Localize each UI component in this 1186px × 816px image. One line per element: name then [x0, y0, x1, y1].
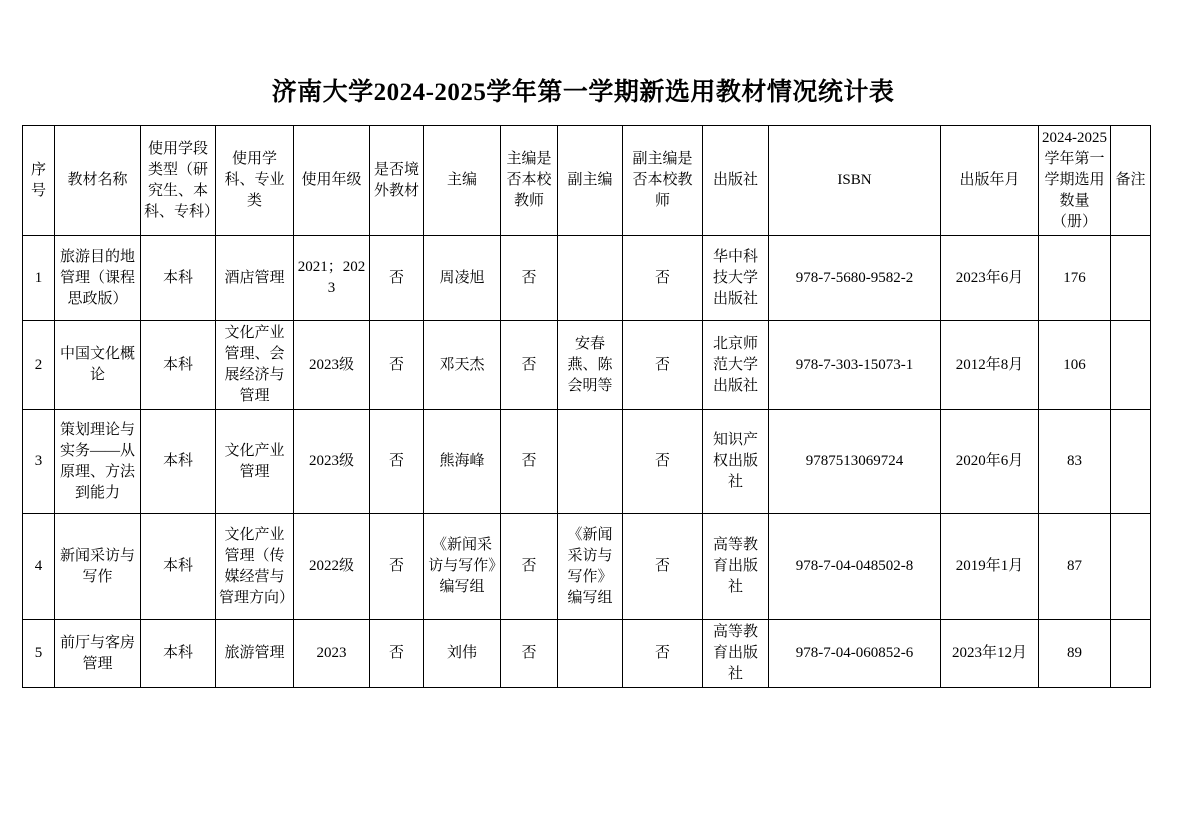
table-cell: 否: [501, 514, 558, 620]
table-cell: [558, 620, 623, 688]
table-cell: 4: [23, 514, 55, 620]
table-cell: 2023年12月: [941, 620, 1039, 688]
table-cell: 106: [1039, 321, 1111, 410]
table-cell: 否: [370, 321, 424, 410]
table-cell: 本科: [141, 410, 216, 514]
table-cell: 否: [501, 620, 558, 688]
table-cell: 《新闻采访与写作》编写组: [558, 514, 623, 620]
table-cell: [558, 410, 623, 514]
col-subject-major: 使用学科、专业类: [216, 126, 294, 236]
table-cell: 2023年6月: [941, 236, 1039, 321]
textbook-statistics-table: 序号 教材名称 使用学段类型（研究生、本科、专科） 使用学科、专业类 使用年级 …: [22, 125, 1151, 688]
table-cell: [1111, 514, 1151, 620]
col-quantity: 2024-2025学年第一学期选用数量（册）: [1039, 126, 1111, 236]
table-cell: 978-7-5680-9582-2: [769, 236, 941, 321]
table-cell: 中国文化概论: [55, 321, 141, 410]
table-row: 4 新闻采访与写作 本科 文化产业管理（传媒经营与管理方向） 2022级 否 《…: [23, 514, 1151, 620]
document-page: 济南大学2024-2025学年第一学期新选用教材情况统计表 序号 教材名称 使用…: [0, 0, 1186, 816]
table-cell: 5: [23, 620, 55, 688]
table-cell: 否: [370, 514, 424, 620]
table-cell: 否: [623, 410, 703, 514]
page-title: 济南大学2024-2025学年第一学期新选用教材情况统计表: [0, 72, 1166, 108]
table-cell: 89: [1039, 620, 1111, 688]
table-cell: 83: [1039, 410, 1111, 514]
table-cell: 9787513069724: [769, 410, 941, 514]
table-cell: 《新闻采访与写作》编写组: [424, 514, 501, 620]
table-cell: 本科: [141, 514, 216, 620]
table-cell: 否: [370, 236, 424, 321]
table-cell: 本科: [141, 321, 216, 410]
table-cell: 否: [370, 410, 424, 514]
table-row: 3 策划理论与实务——从原理、方法到能力 本科 文化产业管理 2023级 否 熊…: [23, 410, 1151, 514]
table-cell: 978-7-04-048502-8: [769, 514, 941, 620]
table-cell: 2023级: [294, 410, 370, 514]
table-cell: 刘伟: [424, 620, 501, 688]
table-row: 2 中国文化概论 本科 文化产业管理、会展经济与管理 2023级 否 邓天杰 否…: [23, 321, 1151, 410]
table-cell: 高等教育出版社: [703, 514, 769, 620]
col-isbn: ISBN: [769, 126, 941, 236]
table-cell: 2022级: [294, 514, 370, 620]
col-index: 序号: [23, 126, 55, 236]
table-cell: 邓天杰: [424, 321, 501, 410]
col-deputy-editor: 副主编: [558, 126, 623, 236]
table-cell: 安春燕、陈会明等: [558, 321, 623, 410]
table-cell: 酒店管理: [216, 236, 294, 321]
table-cell: 策划理论与实务——从原理、方法到能力: [55, 410, 141, 514]
table-cell: 周凌旭: [424, 236, 501, 321]
table-cell: 1: [23, 236, 55, 321]
col-deputy-editor-internal: 副主编是否本校教师: [623, 126, 703, 236]
table-row: 5 前厅与客房管理 本科 旅游管理 2023 否 刘伟 否 否 高等教育出版社 …: [23, 620, 1151, 688]
table-cell: 2020年6月: [941, 410, 1039, 514]
table-cell: 2023级: [294, 321, 370, 410]
table-cell: 否: [623, 236, 703, 321]
table-cell: 北京师范大学出版社: [703, 321, 769, 410]
header-row: 序号 教材名称 使用学段类型（研究生、本科、专科） 使用学科、专业类 使用年级 …: [23, 126, 1151, 236]
table-cell: 文化产业管理: [216, 410, 294, 514]
col-pub-date: 出版年月: [941, 126, 1039, 236]
table-cell: 2: [23, 321, 55, 410]
table-cell: 否: [623, 321, 703, 410]
table-cell: [1111, 321, 1151, 410]
table-cell: 知识产权出版社: [703, 410, 769, 514]
table-cell: 文化产业管理、会展经济与管理: [216, 321, 294, 410]
table-cell: [1111, 620, 1151, 688]
table-cell: 本科: [141, 620, 216, 688]
table-cell: 2019年1月: [941, 514, 1039, 620]
table-cell: 熊海峰: [424, 410, 501, 514]
table-cell: 否: [501, 321, 558, 410]
col-foreign-textbook: 是否境外教材: [370, 126, 424, 236]
table-cell: 前厅与客房管理: [55, 620, 141, 688]
table-cell: 2021；2023: [294, 236, 370, 321]
table-cell: 否: [501, 410, 558, 514]
table-cell: [558, 236, 623, 321]
col-grade: 使用年级: [294, 126, 370, 236]
table-cell: 旅游目的地管理（课程思政版）: [55, 236, 141, 321]
table-cell: 文化产业管理（传媒经营与管理方向）: [216, 514, 294, 620]
table-cell: 新闻采访与写作: [55, 514, 141, 620]
col-stage-type: 使用学段类型（研究生、本科、专科）: [141, 126, 216, 236]
table-cell: 否: [370, 620, 424, 688]
table-cell: 旅游管理: [216, 620, 294, 688]
table-cell: 87: [1039, 514, 1111, 620]
col-chief-editor-internal: 主编是否本校教师: [501, 126, 558, 236]
table-cell: 978-7-303-15073-1: [769, 321, 941, 410]
table-cell: 否: [623, 514, 703, 620]
table-cell: 华中科技大学出版社: [703, 236, 769, 321]
table-cell: [1111, 236, 1151, 321]
table-cell: 176: [1039, 236, 1111, 321]
col-remarks: 备注: [1111, 126, 1151, 236]
table-cell: 否: [623, 620, 703, 688]
table-cell: 2023: [294, 620, 370, 688]
col-publisher: 出版社: [703, 126, 769, 236]
table-cell: 否: [501, 236, 558, 321]
table-cell: 本科: [141, 236, 216, 321]
table-cell: 高等教育出版社: [703, 620, 769, 688]
col-chief-editor: 主编: [424, 126, 501, 236]
table-cell: [1111, 410, 1151, 514]
table-row: 1 旅游目的地管理（课程思政版） 本科 酒店管理 2021；2023 否 周凌旭…: [23, 236, 1151, 321]
table-cell: 3: [23, 410, 55, 514]
table-cell: 978-7-04-060852-6: [769, 620, 941, 688]
col-textbook-name: 教材名称: [55, 126, 141, 236]
table-cell: 2012年8月: [941, 321, 1039, 410]
